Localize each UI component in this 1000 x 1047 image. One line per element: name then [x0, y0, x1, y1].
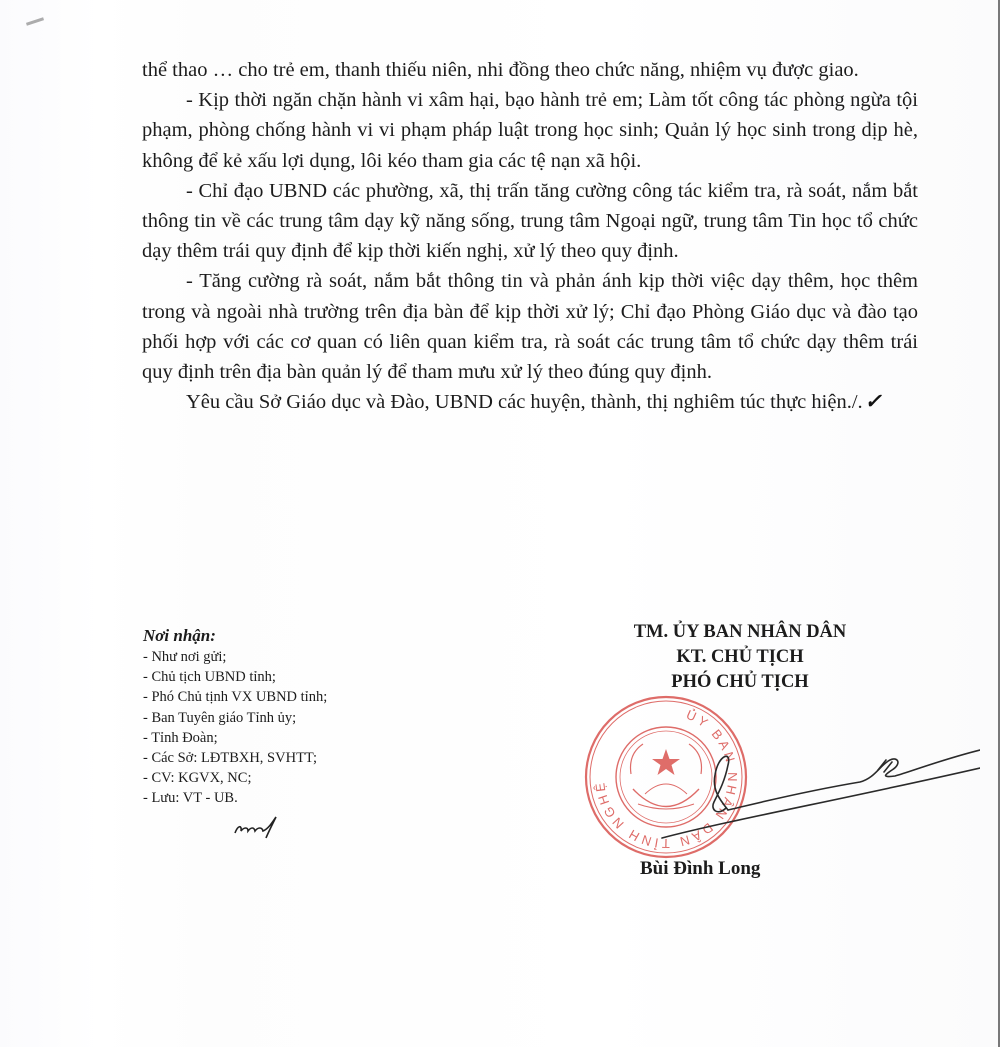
- signature-line-title: PHÓ CHỦ TỊCH: [560, 670, 920, 695]
- recipient-item: - Các Sở: LĐTBXH, SVHTT;: [143, 748, 443, 768]
- recipients-list: Nơi nhận: - Như nơi gửi; - Chủ tịch UBND…: [143, 625, 443, 809]
- recipient-item: - Tỉnh Đoàn;: [143, 728, 443, 748]
- check-mark-icon: ✓: [865, 391, 882, 413]
- signature-line-on-behalf: KT. CHỦ TỊCH: [560, 645, 920, 670]
- paragraph-continuation: thể thao … cho trẻ em, thanh thiếu niên,…: [142, 55, 918, 85]
- recipients-title: Nơi nhận:: [143, 625, 443, 647]
- paragraph-prevent-abuse: - Kịp thời ngăn chặn hành vi xâm hại, bạ…: [142, 85, 918, 176]
- signer-name: Bùi Đình Long: [640, 858, 820, 880]
- handwritten-signature-icon: [640, 730, 980, 860]
- request-text: Yêu cầu Sở Giáo dục và Đào, UBND các huy…: [186, 391, 863, 413]
- scan-mark: [26, 17, 44, 25]
- recipient-item: - Ban Tuyên giáo Tỉnh ủy;: [143, 708, 443, 728]
- signature-line-organization: TM. ỦY BAN NHÂN DÂN: [560, 620, 920, 645]
- initials-signature-icon: [232, 813, 282, 839]
- recipient-item: - Lưu: VT - UB.: [143, 788, 443, 808]
- recipient-item: - Phó Chủ tịnh VX UBND tỉnh;: [143, 687, 443, 707]
- recipient-item: - Như nơi gửi;: [143, 647, 443, 667]
- document-body: thể thao … cho trẻ em, thanh thiếu niên,…: [142, 55, 918, 417]
- recipient-item: - Chủ tịch UBND tỉnh;: [143, 667, 443, 687]
- signature-block: TM. ỦY BAN NHÂN DÂN KT. CHỦ TỊCH PHÓ CHỦ…: [560, 620, 920, 695]
- paragraph-direct-ubnd: - Chỉ đạo UBND các phường, xã, thị trấn …: [142, 176, 918, 267]
- paragraph-review-tutoring: - Tăng cường rà soát, nắm bắt thông tin …: [142, 266, 918, 387]
- paragraph-request: Yêu cầu Sở Giáo dục và Đào, UBND các huy…: [142, 387, 918, 417]
- recipient-item: - CV: KGVX, NC;: [143, 768, 443, 788]
- document-page: thể thao … cho trẻ em, thanh thiếu niên,…: [0, 0, 1000, 1047]
